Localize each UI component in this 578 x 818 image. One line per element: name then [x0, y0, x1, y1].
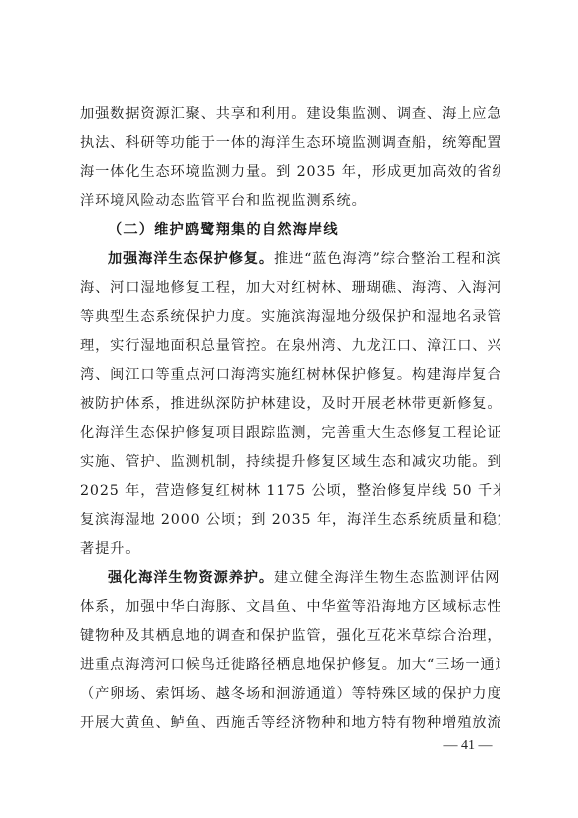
page-number: — 41 — [438, 738, 498, 754]
text-line: 2025 年，营造修复红树林 1175 公顷，整治修复岸线 50 千米，修 [80, 477, 500, 506]
text-line: 著提升。 [80, 535, 500, 564]
text-line: 体系，加强中华白海豚、文昌鱼、中华鲎等沿海地方区域标志性关 [80, 593, 500, 622]
text-line: 加强数据资源汇聚、共享和利用。建设集监测、调查、海上应急、 [80, 100, 500, 129]
text-line: 键物种及其栖息地的调查和保护监管，强化互花米草综合治理，推 [80, 622, 500, 651]
text-line: 开展大黄鱼、鲈鱼、西施舌等经济物种和地方特有物种增殖放流， [80, 709, 500, 738]
text-line: 理，实行湿地面积总量管控。在泉州湾、九龙江口、漳江口、兴化 [80, 332, 500, 361]
text-line: 等典型生态系统保护力度。实施滨海湿地分级保护和湿地名录管 [80, 303, 500, 332]
text-line: 实施、管护、监测机制，持续提升修复区域生态和减灾功能。到 [80, 448, 500, 477]
paragraph-lead-bold: 强化海洋生物资源养护。 [108, 570, 274, 586]
paragraph-text: 推进“蓝色海湾”综合整治工程和滨 [274, 251, 500, 267]
document-page: 加强数据资源汇聚、共享和利用。建设集监测、调查、海上应急、 执法、科研等功能于一… [0, 0, 578, 818]
paragraph-first-line: 强化海洋生物资源养护。建立健全海洋生物生态监测评估网络 [80, 564, 500, 593]
body-text: 加强数据资源汇聚、共享和利用。建设集监测、调查、海上应急、 执法、科研等功能于一… [80, 100, 500, 738]
text-line: 洋环境风险动态监管平台和监视监测系统。 [80, 187, 500, 216]
text-line: 海一体化生态环境监测力量。到 2035 年，形成更加高效的省级海 [80, 158, 500, 187]
paragraph-lead-bold: 加强海洋生态保护修复。 [108, 251, 274, 267]
paragraph-first-line: 加强海洋生态保护修复。推进“蓝色海湾”综合整治工程和滨 [80, 245, 500, 274]
text-line: 复滨海湿地 2000 公顷；到 2035 年，海洋生态系统质量和稳定性显 [80, 506, 500, 535]
text-line: 被防护体系，推进纵深防护林建设，及时开展老林带更新修复。强 [80, 390, 500, 419]
text-line: 海、河口湿地修复工程，加大对红树林、珊瑚礁、海湾、入海河口 [80, 274, 500, 303]
section-heading: （二）维护鸥鹭翔集的自然海岸线 [80, 216, 500, 245]
text-line: 进重点海湾河口候鸟迁徙路径栖息地保护修复。加大“三场一通道” [80, 651, 500, 680]
text-line: 湾、闽江口等重点河口海湾实施红树林保护修复。构建海岸复合植 [80, 361, 500, 390]
text-line: （产卵场、索饵场、越冬场和洄游通道）等特殊区域的保护力度， [80, 680, 500, 709]
text-line: 化海洋生态保护修复项目跟踪监测，完善重大生态修复工程论证、 [80, 419, 500, 448]
paragraph-text: 建立健全海洋生物生态监测评估网络 [274, 570, 500, 586]
text-line: 执法、科研等功能于一体的海洋生态环境监测调查船，统筹配置陆 [80, 129, 500, 158]
